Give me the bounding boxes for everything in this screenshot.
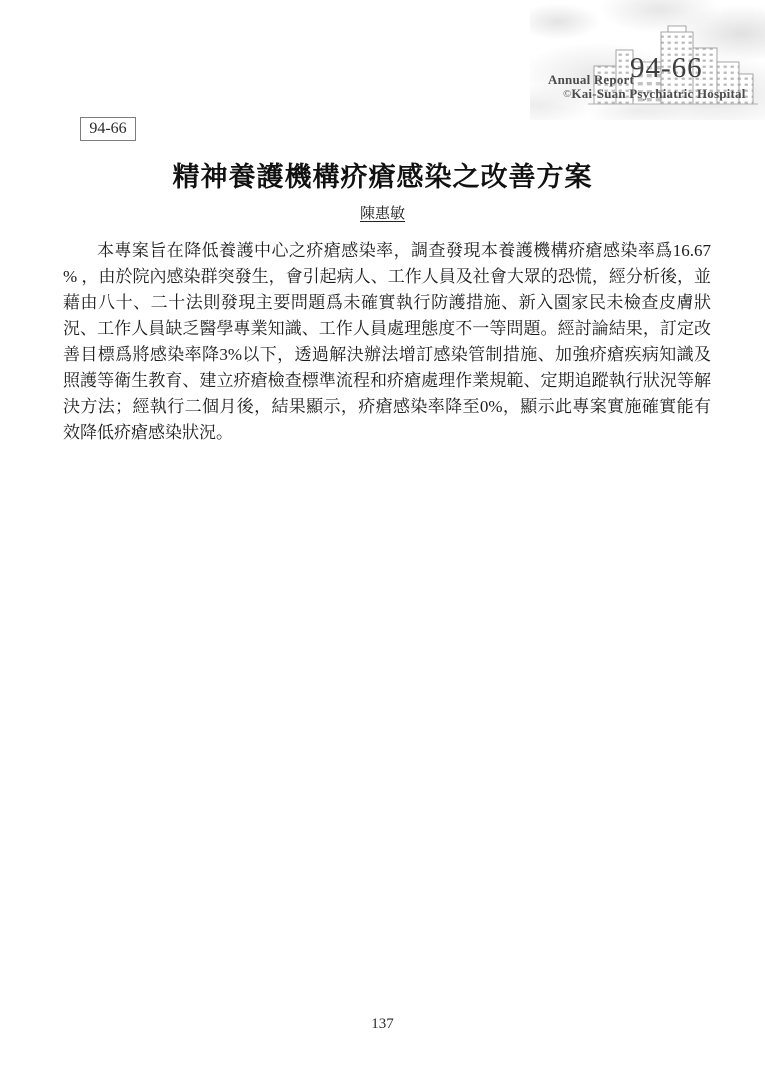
- document-page: 94-66 Annual Report ©Kai-Suan Psychiatri…: [0, 0, 765, 1084]
- annual-report-header: 94-66 Annual Report ©Kai-Suan Psychiatri…: [530, 0, 765, 120]
- doc-number-box: 94-66: [80, 117, 136, 141]
- author-line: 陳惠敏: [0, 202, 765, 223]
- hospital-name-line: ©Kai-Suan Psychiatric Hospital: [563, 86, 746, 102]
- hospital-name: Kai-Suan Psychiatric Hospital: [571, 86, 745, 101]
- page-number: 137: [0, 1016, 765, 1033]
- author-name: 陳惠敏: [360, 206, 405, 222]
- page-title: 精神養護機構疥瘡感染之改善方案: [0, 155, 765, 194]
- header-report-code: 94-66: [630, 52, 703, 85]
- doc-number: 94-66: [89, 120, 126, 138]
- abstract-paragraph: 本專案旨在降低養護中心之疥瘡感染率，調查發現本養護機構疥瘡感染率爲16.67 %…: [63, 238, 711, 446]
